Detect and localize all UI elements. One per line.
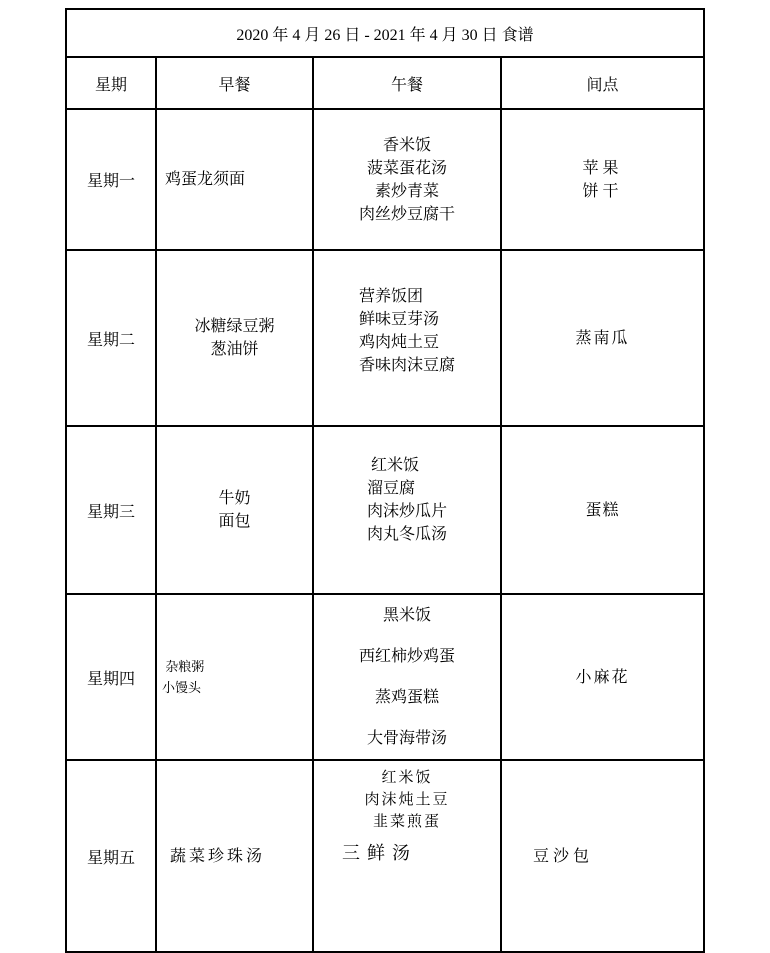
menu-sheet: 2020 年 4 月 26 日 - 2021 年 4 月 30 日 食谱 星期 … xyxy=(65,8,705,953)
menu-item-group: 红米饭 溜豆腐 肉沫炒瓜片 肉丸冬瓜汤 xyxy=(367,454,447,546)
table-row-tuesday: 星期二 冰糖绿豆粥 葱油饼 营养饭团 鲜味豆芽汤 鸡肉炖土豆 香味肉沫豆腐 蒸南… xyxy=(66,250,704,426)
menu-item: 葱油饼 xyxy=(157,338,312,361)
menu-item: 鸡肉炖土豆 xyxy=(359,331,455,354)
menu-item: 素炒青菜 xyxy=(314,180,500,203)
menu-item: 香味肉沫豆腐 xyxy=(359,354,455,377)
table-row-thursday: 星期四 杂粮粥 小馒头 黑米饭 西红柿炒鸡蛋 蒸鸡蛋糕 大骨海带汤 小麻花 xyxy=(66,594,704,760)
menu-item: 鲜味豆芽汤 xyxy=(359,308,455,331)
menu-item: 肉丝炒豆腐干 xyxy=(314,203,500,226)
snack-cell: 豆沙包 xyxy=(501,760,704,952)
menu-item: 牛奶 xyxy=(157,487,312,510)
table-row-wednesday: 星期三 牛奶 面包 红米饭 溜豆腐 肉沫炒瓜片 肉丸冬瓜汤 蛋糕 xyxy=(66,426,704,594)
header-weekday: 星期 xyxy=(66,57,156,109)
menu-item: 黑米饭 xyxy=(314,595,500,636)
header-lunch: 午餐 xyxy=(313,57,501,109)
breakfast-cell: 牛奶 面包 xyxy=(156,426,313,594)
menu-item: 营养饭团 xyxy=(359,285,455,308)
menu-item-group: 营养饭团 鲜味豆芽汤 鸡肉炖土豆 香味肉沫豆腐 xyxy=(359,285,455,377)
menu-item: 蒸鸡蛋糕 xyxy=(314,677,500,718)
menu-item: 肉沫炖土豆 xyxy=(314,789,500,811)
menu-item: 小馒头 xyxy=(162,677,312,698)
header-snack: 间点 xyxy=(501,57,704,109)
menu-item: 红米饭 xyxy=(367,454,447,477)
breakfast-cell: 鸡蛋龙须面 xyxy=(156,109,313,250)
lunch-cell: 香米饭 菠菜蛋花汤 素炒青菜 肉丝炒豆腐干 xyxy=(313,109,501,250)
menu-item: 饼干 xyxy=(502,180,703,203)
lunch-cell: 红米饭 溜豆腐 肉沫炒瓜片 肉丸冬瓜汤 xyxy=(313,426,501,594)
menu-item: 肉沫炒瓜片 xyxy=(367,500,447,523)
menu-item: 面包 xyxy=(157,510,312,533)
table-row-monday: 星期一 鸡蛋龙须面 香米饭 菠菜蛋花汤 素炒青菜 肉丝炒豆腐干 苹果 饼干 xyxy=(66,109,704,250)
header-breakfast: 早餐 xyxy=(156,57,313,109)
menu-item: 红米饭 xyxy=(314,767,500,789)
menu-title: 2020 年 4 月 26 日 - 2021 年 4 月 30 日 食谱 xyxy=(66,9,704,57)
header-row: 星期 早餐 午餐 间点 xyxy=(66,57,704,109)
table-row-friday: 星期五 蔬菜珍珠汤 红米饭 肉沫炖土豆 韭菜煎蛋 三鲜汤 豆沙包 xyxy=(66,760,704,952)
snack-cell: 苹果 饼干 xyxy=(501,109,704,250)
menu-item: 豆沙包 xyxy=(533,845,703,868)
menu-item: 菠菜蛋花汤 xyxy=(314,157,500,180)
title-row: 2020 年 4 月 26 日 - 2021 年 4 月 30 日 食谱 xyxy=(66,9,704,57)
day-cell: 星期三 xyxy=(66,426,156,594)
menu-item: 杂粮粥 xyxy=(162,656,312,677)
menu-item: 蒸南瓜 xyxy=(502,327,703,350)
menu-item: 韭菜煎蛋 xyxy=(314,811,500,833)
lunch-cell: 营养饭团 鲜味豆芽汤 鸡肉炖土豆 香味肉沫豆腐 xyxy=(313,250,501,426)
day-cell: 星期五 xyxy=(66,760,156,952)
day-cell: 星期二 xyxy=(66,250,156,426)
menu-item: 溜豆腐 xyxy=(367,477,447,500)
snack-cell: 蛋糕 xyxy=(501,426,704,594)
breakfast-cell: 杂粮粥 小馒头 xyxy=(156,594,313,760)
menu-item: 蔬菜珍珠汤 xyxy=(170,845,312,868)
menu-item: 肉丸冬瓜汤 xyxy=(367,523,447,546)
breakfast-cell: 冰糖绿豆粥 葱油饼 xyxy=(156,250,313,426)
menu-item: 三鲜汤 xyxy=(314,840,500,866)
menu-table: 2020 年 4 月 26 日 - 2021 年 4 月 30 日 食谱 星期 … xyxy=(65,8,705,953)
snack-cell: 蒸南瓜 xyxy=(501,250,704,426)
menu-item: 西红柿炒鸡蛋 xyxy=(314,636,500,677)
menu-item: 蛋糕 xyxy=(502,499,703,522)
day-cell: 星期四 xyxy=(66,594,156,760)
menu-item: 冰糖绿豆粥 xyxy=(157,315,312,338)
menu-item: 香米饭 xyxy=(314,134,500,157)
snack-cell: 小麻花 xyxy=(501,594,704,760)
menu-item: 苹果 xyxy=(502,157,703,180)
breakfast-cell: 蔬菜珍珠汤 xyxy=(156,760,313,952)
day-cell: 星期一 xyxy=(66,109,156,250)
lunch-cell: 黑米饭 西红柿炒鸡蛋 蒸鸡蛋糕 大骨海带汤 xyxy=(313,594,501,760)
menu-item: 小麻花 xyxy=(502,666,703,689)
menu-item: 大骨海带汤 xyxy=(314,718,500,759)
lunch-cell: 红米饭 肉沫炖土豆 韭菜煎蛋 三鲜汤 xyxy=(313,760,501,952)
menu-item: 鸡蛋龙须面 xyxy=(165,168,312,191)
